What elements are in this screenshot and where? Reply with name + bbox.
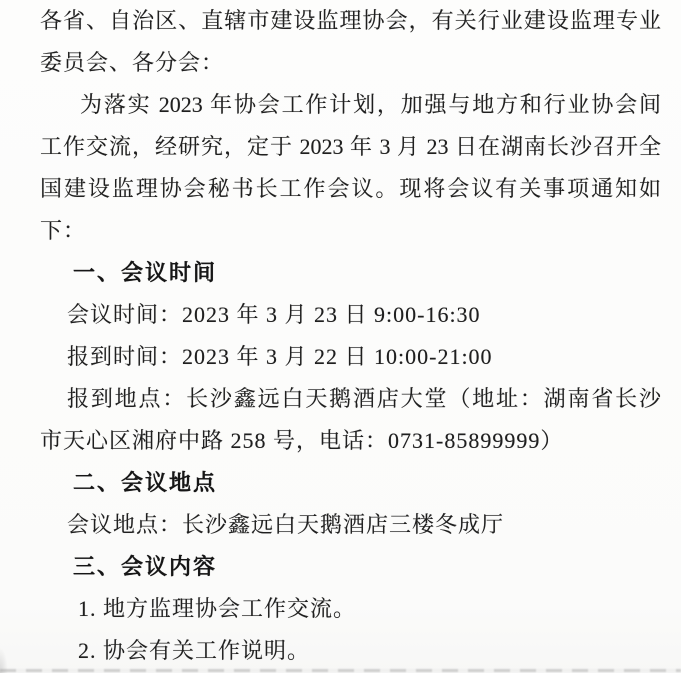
scan-edge-shadow bbox=[0, 669, 681, 672]
scanned-notice-page: 各省、自治区、直辖市建设监理协会，有关行业建设监理专业 委员会、各分会： 为落实… bbox=[0, 0, 681, 673]
checkin-time-line: 报到时间：2023 年 3 月 22 日 10:00-21:00 bbox=[0, 336, 681, 378]
intro-line-2: 工作交流，经研究，定于 2023 年 3 月 23 日在湖南长沙召开全 bbox=[0, 126, 681, 168]
section-1-heading: 一、会议时间 bbox=[0, 252, 681, 294]
intro-line-4: 下： bbox=[0, 210, 681, 252]
checkin-location-line-2: 市天心区湘府中路 258 号，电话：0731-85899999） bbox=[0, 420, 681, 462]
meeting-time-line: 会议时间：2023 年 3 月 23 日 9:00-16:30 bbox=[0, 294, 681, 336]
section-2-heading: 二、会议地点 bbox=[0, 462, 681, 504]
intro-line-3: 国建设监理协会秘书长工作会议。现将会议有关事项通知如 bbox=[0, 168, 681, 210]
addressee-line-2: 委员会、各分会： bbox=[0, 42, 681, 84]
agenda-item-2: 2. 协会有关工作说明。 bbox=[0, 630, 681, 672]
addressee-line-1: 各省、自治区、直辖市建设监理协会，有关行业建设监理专业 bbox=[0, 0, 681, 42]
section-3-heading: 三、会议内容 bbox=[0, 546, 681, 588]
intro-line-1: 为落实 2023 年协会工作计划，加强与地方和行业协会间 bbox=[0, 84, 681, 126]
notice-body: 各省、自治区、直辖市建设监理协会，有关行业建设监理专业 委员会、各分会： 为落实… bbox=[0, 0, 681, 672]
checkin-location-line-1: 报到地点：长沙鑫远白天鹅酒店大堂（地址：湖南省长沙 bbox=[0, 378, 681, 420]
agenda-item-1: 1. 地方监理协会工作交流。 bbox=[0, 588, 681, 630]
meeting-location-line: 会议地点：长沙鑫远白天鹅酒店三楼冬成厅 bbox=[0, 504, 681, 546]
